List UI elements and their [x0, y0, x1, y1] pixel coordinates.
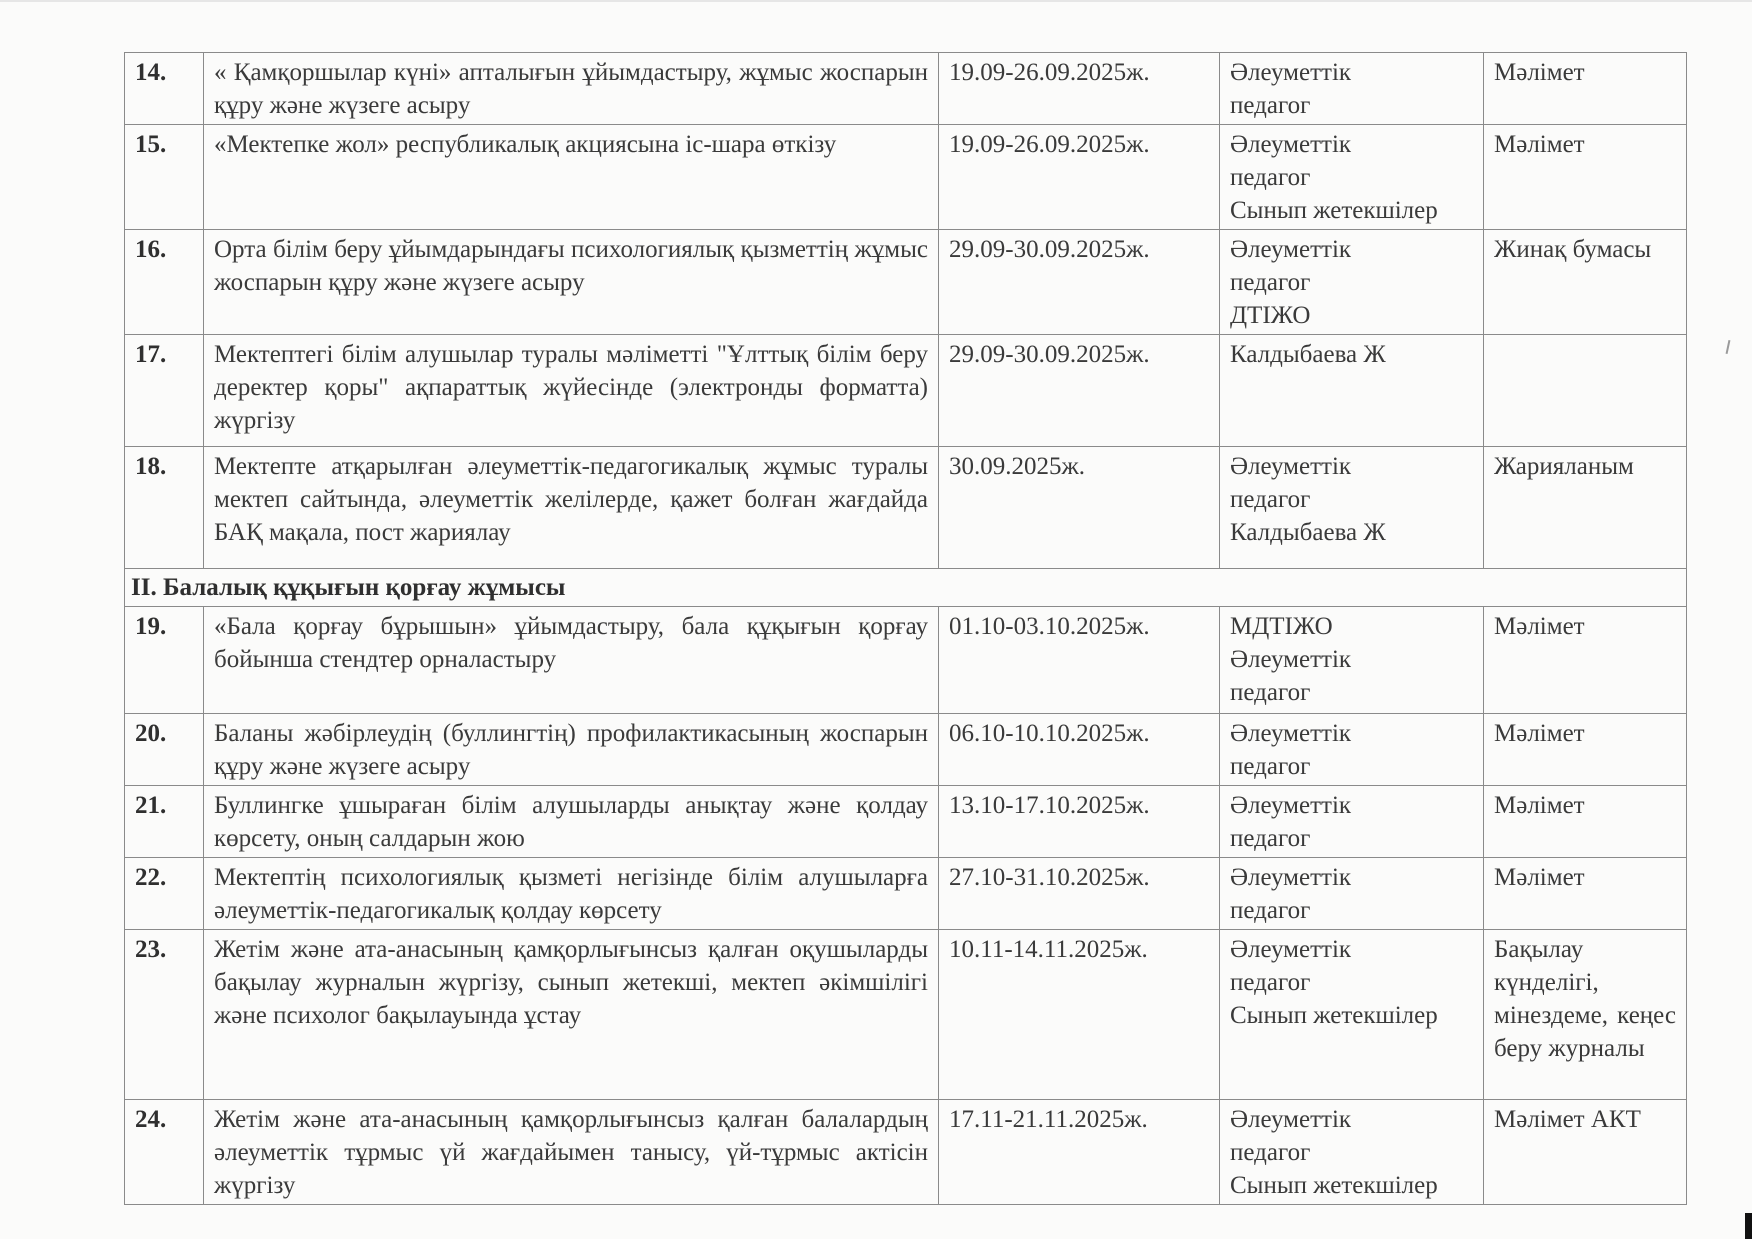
section-title: II. Балалық құқығын қорғау жұмысы	[125, 569, 1687, 607]
responsible-line: МДТІЖО	[1230, 610, 1473, 643]
activity-cell: «Мектепке жол» республикалық акциясына і…	[204, 125, 939, 230]
responsible-line: Сынып жетекшілер	[1230, 999, 1473, 1032]
activity-cell: Мектептің психологиялық қызметі негізінд…	[204, 858, 939, 930]
result-cell: Жинақ бумасы	[1484, 230, 1687, 335]
responsible-line: Әлеуметтік	[1230, 56, 1473, 89]
responsible-cell: МДТІЖОӘлеуметтікпедагог	[1220, 607, 1484, 714]
row-number: 16.	[125, 230, 204, 335]
result-cell: Жарияланым	[1484, 447, 1687, 569]
responsible-cell: ӘлеуметтікпедагогСынып жетекшілер	[1220, 125, 1484, 230]
activity-cell: Мектепте атқарылған әлеуметтік-педагогик…	[204, 447, 939, 569]
result-cell	[1484, 335, 1687, 447]
table-row: 16.Орта білім беру ұйымдарындағы психоло…	[125, 230, 1687, 335]
result-cell: Мәлімет	[1484, 714, 1687, 786]
responsible-line: Әлеуметтік	[1230, 717, 1473, 750]
responsible-line: педагог	[1230, 822, 1473, 855]
responsible-line: педагог	[1230, 966, 1473, 999]
responsible-cell: Әлеуметтікпедагог	[1220, 786, 1484, 858]
responsible-cell: ӘлеуметтікпедагогСынып жетекшілер	[1220, 1100, 1484, 1205]
table-row: 22.Мектептің психологиялық қызметі негіз…	[125, 858, 1687, 930]
row-number: 15.	[125, 125, 204, 230]
responsible-cell: Әлеуметтікпедагог	[1220, 714, 1484, 786]
responsible-line: педагог	[1230, 89, 1473, 122]
responsible-cell: Әлеуметтікпедагог	[1220, 858, 1484, 930]
document-page: 14.« Қамқоршылар күні» апталығын ұйымдас…	[124, 52, 1686, 1205]
responsible-cell: ӘлеуметтікпедагогДТІЖО	[1220, 230, 1484, 335]
responsible-line: педагог	[1230, 161, 1473, 194]
responsible-cell: ӘлеуметтікпедагогКалдыбаева Ж	[1220, 447, 1484, 569]
date-cell: 19.09-26.09.2025ж.	[939, 53, 1220, 125]
row-number: 21.	[125, 786, 204, 858]
responsible-line: Әлеуметтік	[1230, 1103, 1473, 1136]
responsible-line: Калдыбаева Ж	[1230, 338, 1473, 371]
responsible-line: педагог	[1230, 750, 1473, 783]
date-cell: 19.09-26.09.2025ж.	[939, 125, 1220, 230]
row-number: 20.	[125, 714, 204, 786]
table-row: 15. «Мектепке жол» республикалық акциясы…	[125, 125, 1687, 230]
row-number: 14.	[125, 53, 204, 125]
date-cell: 27.10-31.10.2025ж.	[939, 858, 1220, 930]
table-row: 19.«Бала қорғау бұрышын» ұйымдастыру, ба…	[125, 607, 1687, 714]
result-cell: Мәлімет	[1484, 125, 1687, 230]
table-body-part-1: 14.« Қамқоршылар күні» апталығын ұйымдас…	[125, 53, 1687, 569]
responsible-line: педагог	[1230, 266, 1473, 299]
section-header-body: II. Балалық құқығын қорғау жұмысы	[125, 569, 1687, 607]
responsible-cell: Әлеуметтікпедагог	[1220, 53, 1484, 125]
activity-cell: « Қамқоршылар күні» апталығын ұйымдастыр…	[204, 53, 939, 125]
result-cell: Мәлімет	[1484, 607, 1687, 714]
section-row: II. Балалық құқығын қорғау жұмысы	[125, 569, 1687, 607]
row-number: 22.	[125, 858, 204, 930]
scan-mark	[1726, 340, 1731, 354]
activity-cell: Мектептегі білім алушылар туралы мәлімет…	[204, 335, 939, 447]
date-cell: 13.10-17.10.2025ж.	[939, 786, 1220, 858]
activity-cell: Жетім және ата-анасының қамқорлығынсыз қ…	[204, 930, 939, 1100]
responsible-line: Әлеуметтік	[1230, 128, 1473, 161]
table-row: 18.Мектепте атқарылған әлеуметтік-педаго…	[125, 447, 1687, 569]
responsible-line: педагог	[1230, 483, 1473, 516]
date-cell: 17.11-21.11.2025ж.	[939, 1100, 1220, 1205]
activity-cell: Буллингке ұшыраған білім алушыларды анық…	[204, 786, 939, 858]
row-number: 19.	[125, 607, 204, 714]
table-row: 24.Жетім және ата-анасының қамқорлығынсы…	[125, 1100, 1687, 1205]
responsible-line: Сынып жетекшілер	[1230, 194, 1473, 227]
responsible-line: Әлеуметтік	[1230, 933, 1473, 966]
responsible-line: Калдыбаева Ж	[1230, 516, 1473, 549]
responsible-line: ДТІЖО	[1230, 299, 1473, 332]
row-number: 18.	[125, 447, 204, 569]
date-cell: 10.11-14.11.2025ж.	[939, 930, 1220, 1100]
table-body-part-2: 19.«Бала қорғау бұрышын» ұйымдастыру, ба…	[125, 607, 1687, 1205]
responsible-cell: Калдыбаева Ж	[1220, 335, 1484, 447]
table-row: 20.Баланы жәбірлеудің (буллингтің) профи…	[125, 714, 1687, 786]
result-cell: Мәлімет	[1484, 53, 1687, 125]
responsible-line: педагог	[1230, 676, 1473, 709]
scan-corner-mark	[1745, 1213, 1752, 1239]
responsible-cell: ӘлеуметтікпедагогСынып жетекшілер	[1220, 930, 1484, 1100]
responsible-line: педагог	[1230, 894, 1473, 927]
activity-cell: Жетім және ата-анасының қамқорлығынсыз қ…	[204, 1100, 939, 1205]
table-row: 14.« Қамқоршылар күні» апталығын ұйымдас…	[125, 53, 1687, 125]
result-cell: Мәлімет	[1484, 858, 1687, 930]
responsible-line: Әлеуметтік	[1230, 861, 1473, 894]
work-plan-table: 14.« Қамқоршылар күні» апталығын ұйымдас…	[124, 52, 1687, 1205]
responsible-line: Әлеуметтік	[1230, 643, 1473, 676]
result-cell: Бақылау күнделігі, мінездеме, кеңес беру…	[1484, 930, 1687, 1100]
date-cell: 29.09-30.09.2025ж.	[939, 335, 1220, 447]
activity-cell: Орта білім беру ұйымдарындағы психология…	[204, 230, 939, 335]
responsible-line: педагог	[1230, 1136, 1473, 1169]
table-row: 21.Буллингке ұшыраған білім алушыларды а…	[125, 786, 1687, 858]
scan-edge	[0, 0, 1752, 2]
responsible-line: Сынып жетекшілер	[1230, 1169, 1473, 1202]
responsible-line: Әлеуметтік	[1230, 789, 1473, 822]
row-number: 17.	[125, 335, 204, 447]
date-cell: 29.09-30.09.2025ж.	[939, 230, 1220, 335]
row-number: 23.	[125, 930, 204, 1100]
row-number: 24.	[125, 1100, 204, 1205]
responsible-line: Әлеуметтік	[1230, 450, 1473, 483]
table-row: 17.Мектептегі білім алушылар туралы мәлі…	[125, 335, 1687, 447]
table-row: 23.Жетім және ата-анасының қамқорлығынсы…	[125, 930, 1687, 1100]
date-cell: 01.10-03.10.2025ж.	[939, 607, 1220, 714]
activity-cell: Баланы жәбірлеудің (буллингтің) профилак…	[204, 714, 939, 786]
result-cell: Мәлімет	[1484, 786, 1687, 858]
activity-cell: «Бала қорғау бұрышын» ұйымдастыру, бала …	[204, 607, 939, 714]
date-cell: 06.10-10.10.2025ж.	[939, 714, 1220, 786]
date-cell: 30.09.2025ж.	[939, 447, 1220, 569]
result-cell: Мәлімет АКТ	[1484, 1100, 1687, 1205]
responsible-line: Әлеуметтік	[1230, 233, 1473, 266]
